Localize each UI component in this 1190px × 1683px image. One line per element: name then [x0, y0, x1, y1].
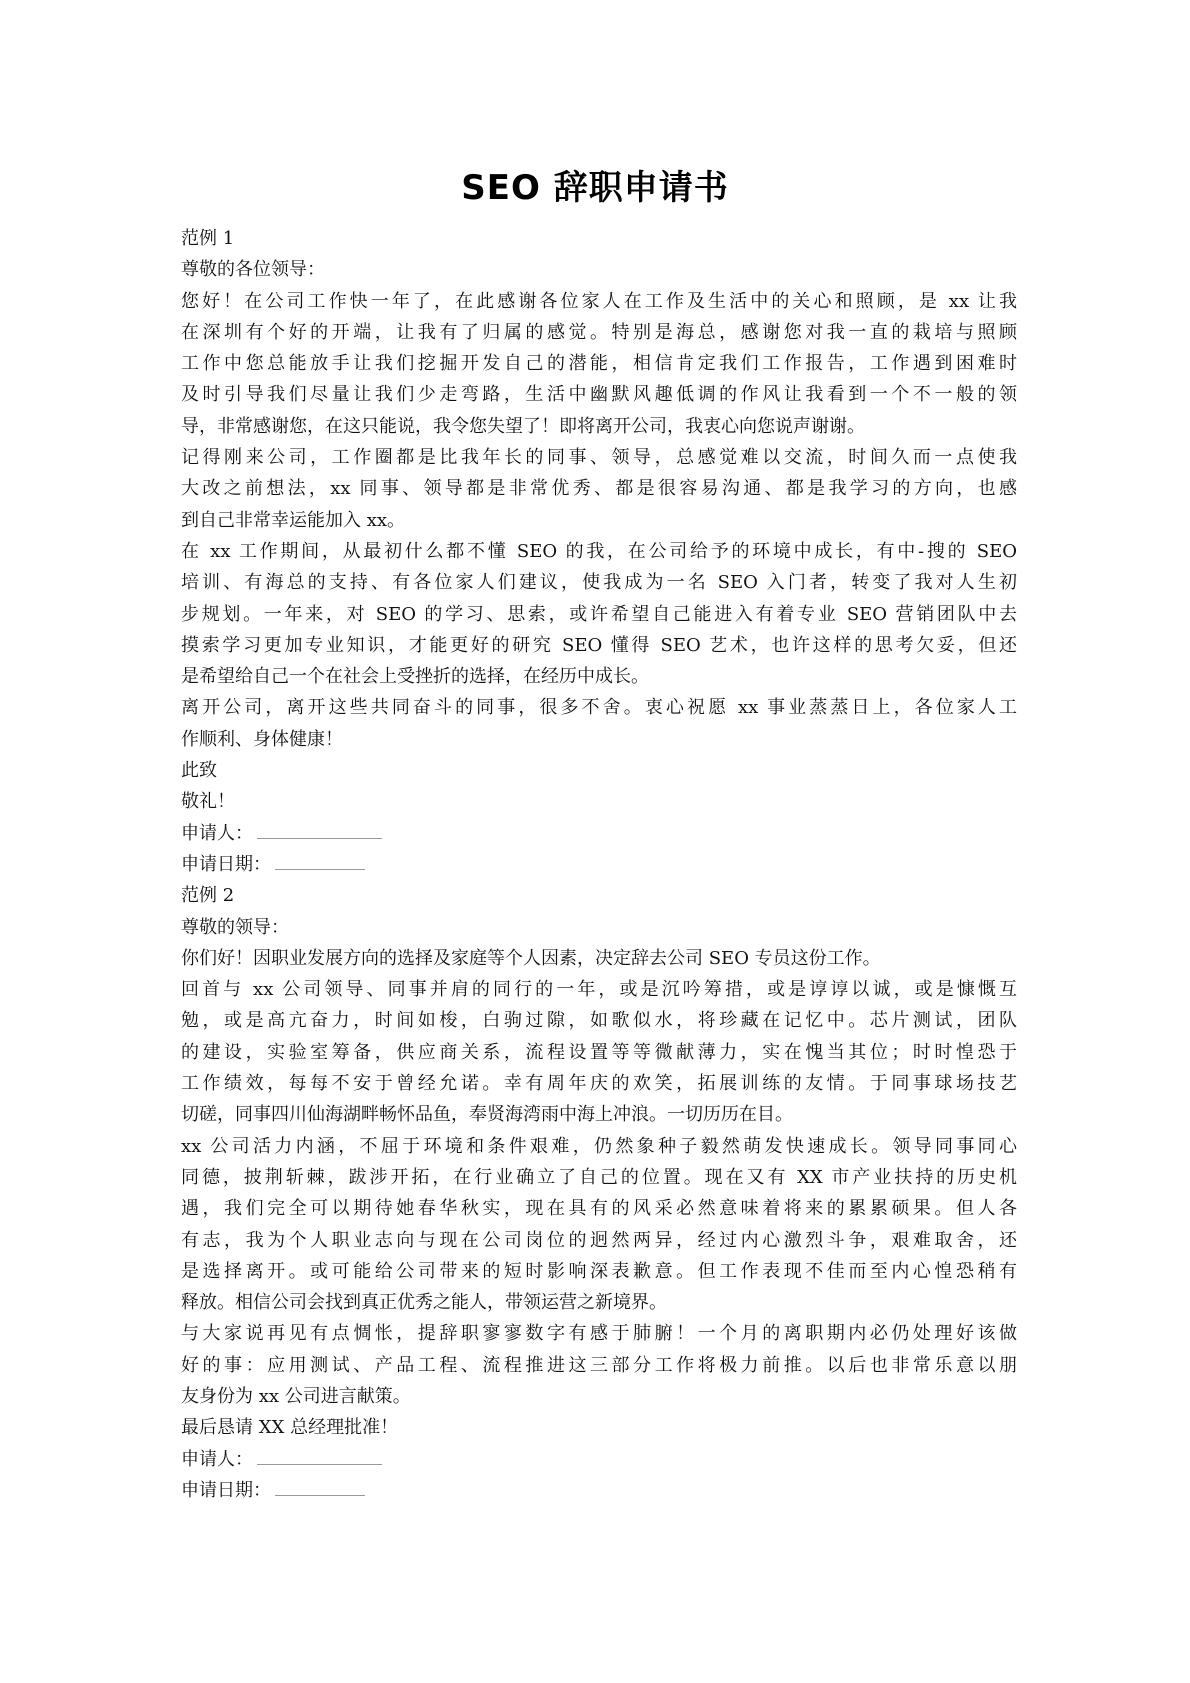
date-label: 申请日期：	[181, 854, 271, 875]
text-line: 遇，我们完全可以期待她春华秋实，现在具有的风采必然意味着将来的累累硕果。但人各	[181, 1193, 1017, 1224]
date-blank	[275, 1481, 365, 1496]
applicant-signature-line: 申请人：	[181, 818, 1017, 849]
applicant-label: 申请人：	[181, 1449, 253, 1470]
example-2-paragraph: 回首与 xx 公司领导、同事并肩的同行的一年，或是沉吟筹措，或是谆谆以诚，或是慷…	[181, 974, 1017, 1130]
text-line: 最后恳请 XX 总经理批准！	[181, 1412, 1017, 1443]
text-line: 到自己非常幸运能加入 xx。	[181, 505, 1017, 536]
date-blank	[275, 855, 365, 870]
example-2-paragraph: 最后恳请 XX 总经理批准！	[181, 1412, 1017, 1443]
text-line: 你们好！因职业发展方向的选择及家庭等个人因素，决定辞去公司 SEO 专员这份工作…	[181, 943, 1017, 974]
text-line: 勉，或是高亢奋力，时间如梭，白驹过隙，如歌似水，将珍藏在记忆中。芯片测试，团队	[181, 1005, 1017, 1036]
date-signature-line: 申请日期：	[181, 1475, 1017, 1506]
text-line: 工作绩效，每每不安于曾经允诺。幸有周年庆的欢笑，拓展训练的友情。于同事球场技艺	[181, 1068, 1017, 1099]
text-line: 是希望给自己一个在社会上受挫折的选择，在经历中成长。	[181, 661, 1017, 692]
document-title: SEO 辞职申请书	[0, 166, 1190, 210]
text-line: 友身份为 xx 公司进言献策。	[181, 1381, 1017, 1412]
example-2-paragraph: 与大家说再见有点惆怅，提辞职寥寥数字有感于肺腑！一个月的离职期内必仍处理好该做 …	[181, 1318, 1017, 1412]
text-line: 与大家说再见有点惆怅，提辞职寥寥数字有感于肺腑！一个月的离职期内必仍处理好该做	[181, 1318, 1017, 1349]
example-1-paragraph: 您好！在公司工作快一年了，在此感谢各位家人在工作及生活中的关心和照顾，是 xx …	[181, 286, 1017, 442]
example-2-paragraph: xx 公司活力内涵，不屈于环境和条件艰难，仍然象种子毅然萌发快速成长。领导同事同…	[181, 1131, 1017, 1319]
date-label: 申请日期：	[181, 1480, 271, 1501]
text-line: 切磋，同事四川仙海湖畔畅怀品鱼，奉贤海湾雨中海上冲浪。一切历历在目。	[181, 1099, 1017, 1130]
example-2-salutation: 尊敬的领导：	[181, 912, 1017, 943]
text-line: xx 公司活力内涵，不屈于环境和条件艰难，仍然象种子毅然萌发快速成长。领导同事同…	[181, 1131, 1017, 1162]
text-line: 您好！在公司工作快一年了，在此感谢各位家人在工作及生活中的关心和照顾，是 xx …	[181, 286, 1017, 317]
example-1-heading: 范例 1	[181, 223, 1017, 254]
example-1-salutation: 尊敬的各位领导：	[181, 254, 1017, 285]
date-signature-line: 申请日期：	[181, 849, 1017, 880]
example-2-paragraph: 你们好！因职业发展方向的选择及家庭等个人因素，决定辞去公司 SEO 专员这份工作…	[181, 943, 1017, 974]
example-1-paragraph: 离开公司，离开这些共同奋斗的同事，很多不舍。衷心祝愿 xx 事业蒸蒸日上，各位家…	[181, 692, 1017, 755]
text-line: 大改之前想法，xx 同事、领导都是非常优秀、都是很容易沟通、都是我学习的方向，也…	[181, 473, 1017, 504]
text-line: 离开公司，离开这些共同奋斗的同事，很多不舍。衷心祝愿 xx 事业蒸蒸日上，各位家…	[181, 692, 1017, 723]
text-line: 好的事：应用测试、产品工程、流程推进这三部分工作将极力前推。以后也非常乐意以朋	[181, 1350, 1017, 1381]
text-line: 释放。相信公司会找到真正优秀之能人，带领运营之新境界。	[181, 1287, 1017, 1318]
text-line: 同德，披荆斩棘，跋涉开拓，在行业确立了自己的位置。现在又有 XX 市产业扶持的历…	[181, 1162, 1017, 1193]
document-page: SEO 辞职申请书 范例 1 尊敬的各位领导： 您好！在公司工作快一年了，在此感…	[0, 0, 1190, 1683]
text-line: 在 xx 工作期间，从最初什么都不懂 SEO 的我，在公司给予的环境中成长，有中…	[181, 536, 1017, 567]
text-line: 培训、有海总的支持、有各位家人们建议，使我成为一名 SEO 入门者，转变了我对人…	[181, 567, 1017, 598]
closing-line: 此致	[181, 755, 1017, 786]
text-line: 及时引导我们尽量让我们少走弯路，生活中幽默风趣低调的作风让我看到一个不一般的领	[181, 379, 1017, 410]
example-2-heading: 范例 2	[181, 880, 1017, 911]
applicant-blank	[257, 1450, 382, 1465]
document-body: 范例 1 尊敬的各位领导： 您好！在公司工作快一年了，在此感谢各位家人在工作及生…	[181, 223, 1017, 1506]
text-line: 步规划。一年来，对 SEO 的学习、思索，或许希望自己能进入有着专业 SEO 营…	[181, 599, 1017, 630]
text-line: 是选择离开。或可能给公司带来的短时影响深表歉意。但工作表现不佳而至内心惶恐稍有	[181, 1256, 1017, 1287]
applicant-signature-line: 申请人：	[181, 1444, 1017, 1475]
example-1-paragraph: 记得刚来公司，工作圈都是比我年长的同事、领导，总感觉难以交流，时间久而一点使我 …	[181, 442, 1017, 536]
text-line: 工作中您总能放手让我们挖掘开发自己的潜能，相信肯定我们工作报告，工作遇到困难时	[181, 348, 1017, 379]
text-line: 回首与 xx 公司领导、同事并肩的同行的一年，或是沉吟筹措，或是谆谆以诚，或是慷…	[181, 974, 1017, 1005]
text-line: 导，非常感谢您，在这只能说，我令您失望了！即将离开公司，我衷心向您说声谢谢。	[181, 411, 1017, 442]
text-line: 有志，我为个人职业志向与现在公司岗位的迥然两异，经过内心激烈斗争，艰难取舍，还	[181, 1225, 1017, 1256]
text-line: 作顺利、身体健康！	[181, 724, 1017, 755]
example-1-paragraph: 在 xx 工作期间，从最初什么都不懂 SEO 的我，在公司给予的环境中成长，有中…	[181, 536, 1017, 692]
text-line: 在深圳有个好的开端，让我有了归属的感觉。特别是海总，感谢您对我一直的栽培与照顾	[181, 317, 1017, 348]
applicant-label: 申请人：	[181, 823, 253, 844]
text-line: 的建设，实验室筹备，供应商关系，流程设置等等微献薄力，实在愧当其位；时时惶恐于	[181, 1037, 1017, 1068]
text-line: 记得刚来公司，工作圈都是比我年长的同事、领导，总感觉难以交流，时间久而一点使我	[181, 442, 1017, 473]
closing-line: 敬礼！	[181, 786, 1017, 817]
applicant-blank	[257, 824, 382, 839]
text-line: 摸索学习更加专业知识，才能更好的研究 SEO 懂得 SEO 艺术，也许这样的思考…	[181, 630, 1017, 661]
